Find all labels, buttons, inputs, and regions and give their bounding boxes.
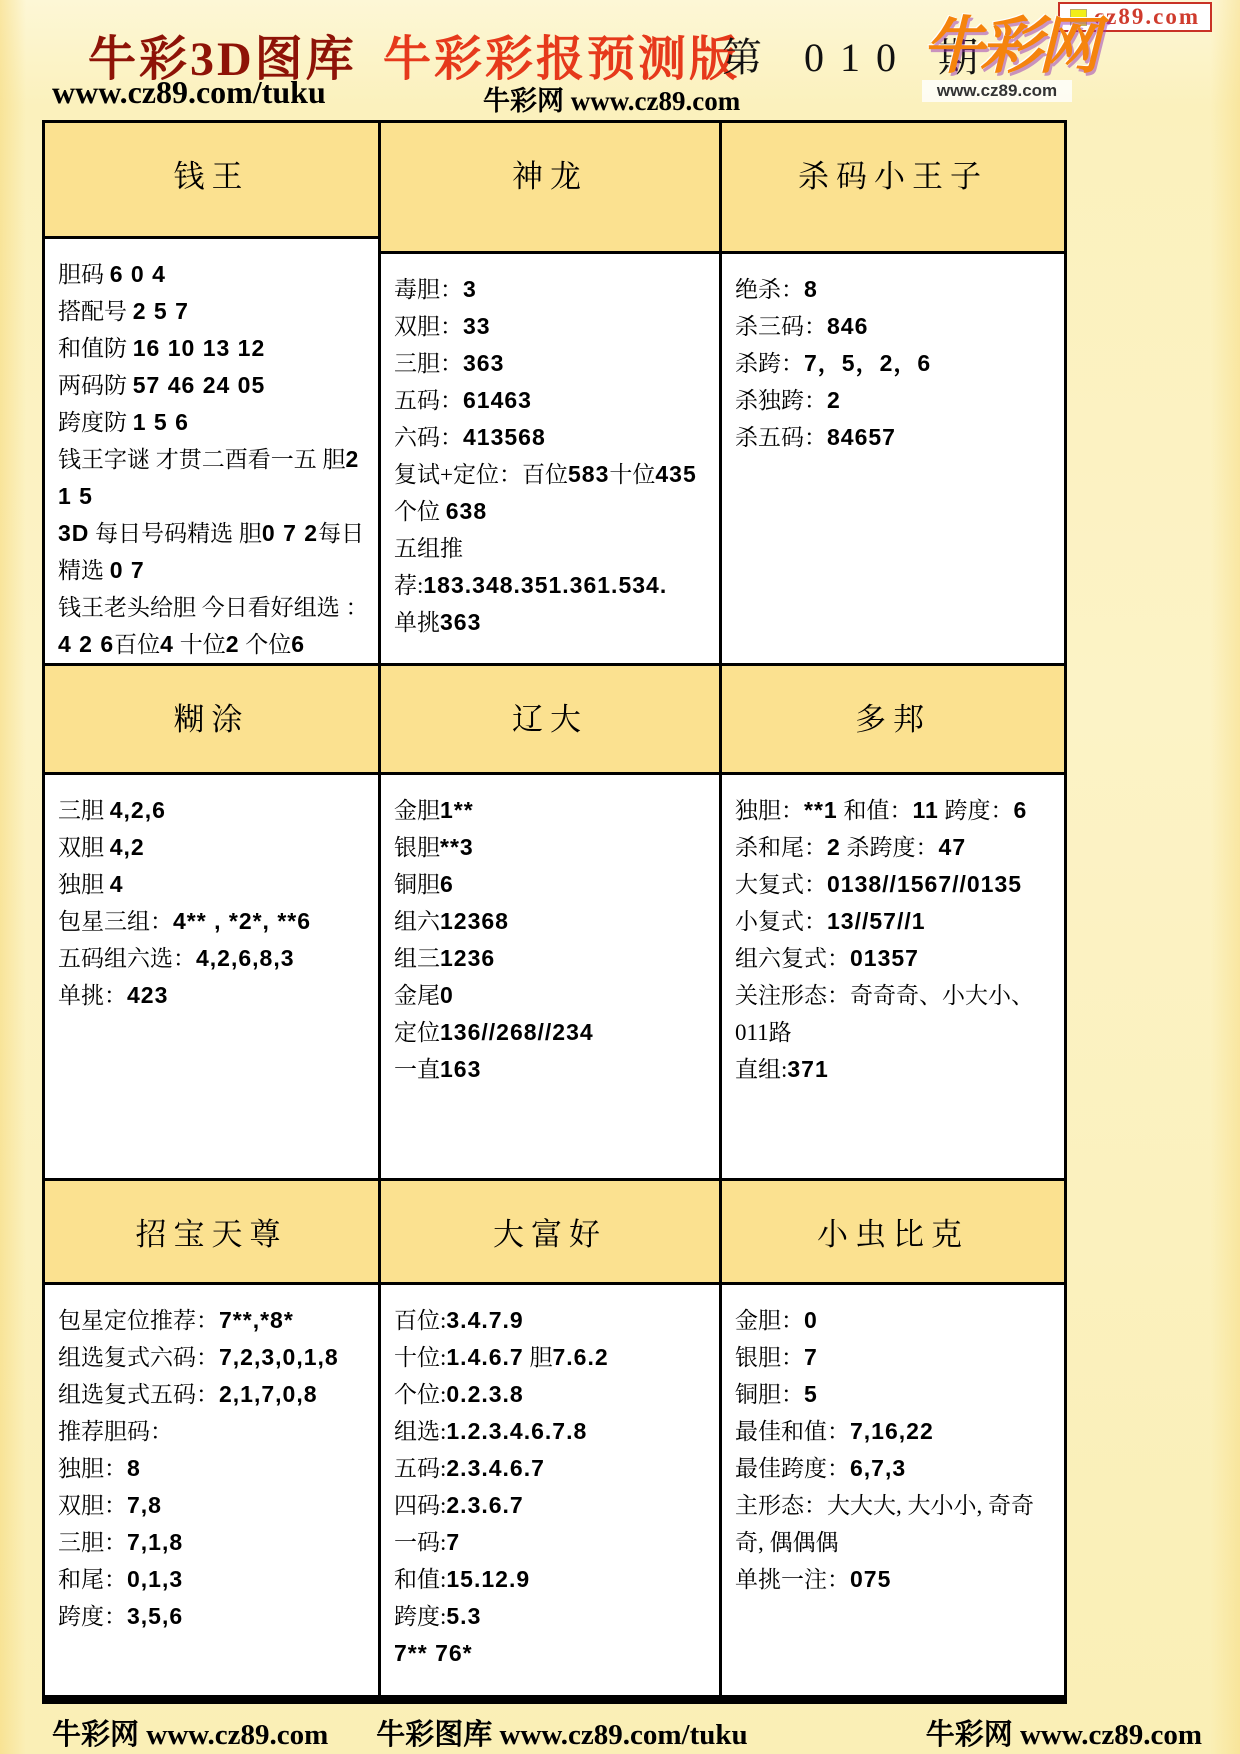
prediction-cell-zhaobao-tianzun: 招宝天尊包星定位推荐：7**,*8*组选复式六码：7,2,3,0,1,8组选复式… <box>45 1181 378 1695</box>
prediction-line: 单挑一注：075 <box>735 1561 1056 1598</box>
prediction-cell-xiaochong-bike: 小虫比克金胆：0银胆：7铜胆：5最佳和值：7,16,22最佳跨度：6,7,3主形… <box>722 1181 1064 1695</box>
prediction-value: 16 10 13 12 <box>133 335 266 361</box>
prediction-label: 每日号码精选 胆 <box>89 521 262 546</box>
prediction-label: 个位 <box>394 499 446 524</box>
prediction-line: 推荐胆码： <box>58 1413 370 1450</box>
prediction-line: 组选复式五码：2,1,7,0,8 <box>58 1376 370 1413</box>
prediction-line: 四码:2.3.6.7 <box>394 1487 711 1524</box>
prediction-line: 单挑363 <box>394 604 711 641</box>
prediction-line: 五码:2.3.4.6.7 <box>394 1450 711 1487</box>
prediction-line: 主形态：大大大, 大小小, 奇奇奇, 偶偶偶 <box>735 1487 1056 1561</box>
corner-site-link: cz89.com <box>1094 4 1200 30</box>
prediction-label: 杀跨度： <box>841 835 939 860</box>
prediction-label: 跨度： <box>939 798 1014 823</box>
prediction-value: 2.3.4.6.7 <box>446 1455 545 1481</box>
prediction-value: 0 7 <box>110 557 145 583</box>
prediction-label: 两码防 <box>58 373 133 398</box>
prediction-value: 163 <box>440 1056 481 1082</box>
prediction-label: 组六复式： <box>735 946 850 971</box>
prediction-label: 大复式： <box>735 872 827 897</box>
prediction-value: 423 <box>127 982 168 1008</box>
prediction-line: 独胆 4 <box>58 866 370 903</box>
prediction-label: 主形态：大大大, 大小小, 奇奇奇, 偶偶偶 <box>735 1493 1034 1555</box>
prediction-value: 846 <box>827 313 868 339</box>
prediction-label: 包星定位推荐： <box>58 1308 219 1333</box>
prediction-label: 和尾： <box>58 1567 127 1592</box>
cell-title-liaoda: 辽大 <box>381 666 719 775</box>
cell-body-zhaobao-tianzun: 包星定位推荐：7**,*8*组选复式六码：7,2,3,0,1,8组选复式五码：2… <box>45 1285 378 1635</box>
cell-body-liaoda: 金胆1**银胆**3铜胆6组六12368组三1236金尾0定位136//268/… <box>381 775 719 1088</box>
prediction-value: 183.348.351.361.534. <box>423 572 667 598</box>
prediction-value: 7,2,3,0,1,8 <box>219 1344 339 1370</box>
prediction-value: 4 2 6 <box>58 631 114 657</box>
prediction-line: 单挑：423 <box>58 977 370 1014</box>
prediction-label: 四码: <box>394 1493 446 1518</box>
prediction-label: 钱王字谜 才贯二酉看一五 胆 <box>58 447 346 472</box>
prediction-label: 组选复式六码： <box>58 1345 219 1370</box>
prediction-label: 百位: <box>394 1308 446 1333</box>
prediction-value: **3 <box>440 834 474 860</box>
prediction-value: 6 0 4 <box>110 261 166 287</box>
prediction-label: 胆 <box>524 1345 553 1370</box>
prediction-label: 单挑： <box>58 983 127 1008</box>
prediction-value: 0 <box>440 982 454 1008</box>
site-url: 牛彩网 www.cz89.com <box>483 79 740 118</box>
prediction-line: 小复式：13//57//1 <box>735 903 1056 940</box>
cell-body-shenlong: 毒胆：3双胆：33三胆：363五码：61463六码：413568复试+定位：百位… <box>381 254 719 641</box>
prediction-line: 定位136//268//234 <box>394 1014 711 1051</box>
prediction-value: 11 <box>912 797 938 823</box>
prediction-value: 363 <box>463 350 504 376</box>
prediction-value: 7 <box>804 1344 818 1370</box>
prediction-label: 百位 <box>114 632 160 657</box>
prediction-value: 0138//1567//0135 <box>827 871 1022 897</box>
prediction-label: 独胆 <box>58 872 110 897</box>
prediction-label: 金胆 <box>394 798 440 823</box>
prediction-value: 3 <box>463 276 477 302</box>
prediction-line: 铜胆：5 <box>735 1376 1056 1413</box>
prediction-cell-shama-xiaowangzi: 杀码小王子绝杀：8杀三码：846杀跨：7，5，2，6杀独跨：2杀五码：84657 <box>722 123 1064 663</box>
prediction-value: 583 <box>568 461 609 487</box>
prediction-label: 银胆： <box>735 1345 804 1370</box>
prediction-line: 十位:1.4.6.7 胆7.6.2 <box>394 1339 711 1376</box>
prediction-value: 33 <box>463 313 491 339</box>
prediction-line: 一直163 <box>394 1051 711 1088</box>
prediction-line: 跨度防 1 5 6 <box>58 404 370 441</box>
prediction-value: 0 7 2 <box>262 520 318 546</box>
prediction-label: 三胆： <box>58 1530 127 1555</box>
prediction-value: 6 <box>291 631 305 657</box>
prediction-label: 杀和尾： <box>735 835 827 860</box>
prediction-value: 4,2,6 <box>110 797 166 823</box>
prediction-line: 银胆**3 <box>394 829 711 866</box>
prediction-label: 绝杀： <box>735 277 804 302</box>
prediction-line: 钱王字谜 才贯二酉看一五 胆2 1 5 <box>58 441 370 515</box>
prediction-label: 单挑 <box>394 610 440 635</box>
prediction-label: 和值防 <box>58 336 133 361</box>
prediction-line: 组选:1.2.3.4.6.7.8 <box>394 1413 711 1450</box>
prediction-value: 4** , *2*, **6 <box>173 908 311 934</box>
prediction-label: 金胆： <box>735 1308 804 1333</box>
prediction-value: 0 <box>804 1307 818 1333</box>
prediction-value: 61463 <box>463 387 532 413</box>
prediction-label: 十位 <box>609 462 655 487</box>
prediction-line: 独胆：8 <box>58 1450 370 1487</box>
prediction-line: 铜胆6 <box>394 866 711 903</box>
prediction-line: 双胆 4,2 <box>58 829 370 866</box>
prediction-value: 4,2 <box>110 834 145 860</box>
prediction-line: 跨度:5.3 <box>394 1598 711 1635</box>
prediction-label: 推荐胆码： <box>58 1419 173 1444</box>
prediction-label: 组选: <box>394 1419 446 1444</box>
prediction-line: 独胆：**1 和值：11 跨度：6 杀和尾：2 杀跨度：47 <box>735 792 1056 866</box>
prediction-label: 和值: <box>394 1567 446 1592</box>
prediction-value: 1.2.3.4.6.7.8 <box>446 1418 587 1444</box>
footer: 牛彩网 www.cz89.com 牛彩图库 www.cz89.com/tuku … <box>52 1712 1202 1753</box>
prediction-value: 7,8 <box>127 1492 162 1518</box>
prediction-value: 1.4.6.7 <box>446 1344 523 1370</box>
cell-title-duobang: 多邦 <box>722 666 1064 775</box>
prediction-line: 最佳和值：7,16,22 <box>735 1413 1056 1450</box>
prediction-label: 一直 <box>394 1057 440 1082</box>
prediction-value: 2 <box>827 834 841 860</box>
prediction-label: 最佳和值： <box>735 1419 850 1444</box>
prediction-label: 双胆： <box>394 314 463 339</box>
prediction-label: 组三 <box>394 946 440 971</box>
prediction-line: 3D 每日号码精选 胆0 7 2每日精选 0 7 <box>58 515 370 589</box>
prediction-value: 075 <box>850 1566 891 1592</box>
prediction-label: 三胆： <box>394 351 463 376</box>
prediction-value: 13//57//1 <box>827 908 926 934</box>
prediction-value: 7**,*8* <box>219 1307 294 1333</box>
prediction-value: 6,7,3 <box>850 1455 906 1481</box>
prediction-label: 铜胆： <box>735 1382 804 1407</box>
prediction-line: 杀三码：846 <box>735 308 1056 345</box>
prediction-line: 一码:7 <box>394 1524 711 1561</box>
prediction-line: 五组推荐:183.348.351.361.534. <box>394 530 711 604</box>
cell-body-xiaochong-bike: 金胆：0银胆：7铜胆：5最佳和值：7,16,22最佳跨度：6,7,3主形态：大大… <box>722 1285 1064 1598</box>
prediction-line: 杀跨：7，5，2，6 <box>735 345 1056 382</box>
prediction-line: 绝杀：8 <box>735 271 1056 308</box>
prediction-label: 直组: <box>735 1057 787 1082</box>
prediction-label: 关注形态：奇奇奇、小大小、011路 <box>735 983 1034 1045</box>
prediction-label: 最佳跨度： <box>735 1456 850 1481</box>
prediction-label: 小复式： <box>735 909 827 934</box>
prediction-line: 和值防 16 10 13 12 <box>58 330 370 367</box>
footer-site-url2: 牛彩网 www.cz89.com <box>926 1712 1202 1753</box>
prediction-line: 杀五码：84657 <box>735 419 1056 456</box>
prediction-label: 五码组六选： <box>58 946 196 971</box>
prediction-label: 搭配号 <box>58 299 133 324</box>
prediction-label: 铜胆 <box>394 872 440 897</box>
prediction-value: 8 <box>127 1455 141 1481</box>
prediction-label: 杀独跨： <box>735 388 827 413</box>
prediction-label: 跨度： <box>58 1604 127 1629</box>
prediction-value: 371 <box>787 1056 828 1082</box>
prediction-line: 组选复式六码：7,2,3,0,1,8 <box>58 1339 370 1376</box>
prediction-grid: 钱王胆码 6 0 4搭配号 2 5 7和值防 16 10 13 12两码防 57… <box>42 120 1067 1704</box>
prediction-value: **1 <box>804 797 838 823</box>
prediction-value: 0.2.3.8 <box>446 1381 523 1407</box>
cell-body-duobang: 独胆：**1 和值：11 跨度：6 杀和尾：2 杀跨度：47大复式：0138//… <box>722 775 1064 1088</box>
prediction-line: 组三1236 <box>394 940 711 977</box>
prediction-value: 01357 <box>850 945 919 971</box>
prediction-label: 杀三码： <box>735 314 827 339</box>
prediction-line: 关注形态：奇奇奇、小大小、011路 <box>735 977 1056 1051</box>
prediction-cell-duobang: 多邦独胆：**1 和值：11 跨度：6 杀和尾：2 杀跨度：47大复式：0138… <box>722 666 1064 1178</box>
prediction-value: 4 <box>110 871 124 897</box>
cell-body-dafuhao: 百位:3.4.7.9十位:1.4.6.7 胆7.6.2个位:0.2.3.8组选:… <box>381 1285 719 1672</box>
prediction-line: 大复式：0138//1567//0135 <box>735 866 1056 903</box>
logo-url: www.cz89.com <box>922 80 1072 102</box>
prediction-label: 六码： <box>394 425 463 450</box>
prediction-value: 2,1,7,0,8 <box>219 1381 318 1407</box>
prediction-value: 7,16,22 <box>850 1418 934 1444</box>
prediction-value: 0,1,3 <box>127 1566 183 1592</box>
prediction-value: 57 46 24 05 <box>133 372 266 398</box>
prediction-line: 和尾：0,1,3 <box>58 1561 370 1598</box>
cell-body-hutu: 三胆 4,2,6双胆 4,2独胆 4包星三组：4** , *2*, **6五码组… <box>45 775 378 1014</box>
prediction-label: 复试+定位：百位 <box>394 462 568 487</box>
cell-title-zhaobao-tianzun: 招宝天尊 <box>45 1181 378 1285</box>
prediction-value: 5.3 <box>446 1603 481 1629</box>
prediction-value: 1** <box>440 797 474 823</box>
prediction-value: 413568 <box>463 424 546 450</box>
prediction-value: 47 <box>939 834 967 860</box>
prediction-label: 个位: <box>394 1382 446 1407</box>
prediction-cell-hutu: 糊涂三胆 4,2,6双胆 4,2独胆 4包星三组：4** , *2*, **6五… <box>45 666 378 1178</box>
prediction-value: 7** 76* <box>394 1640 473 1666</box>
footer-tuku-url: 牛彩图库 www.cz89.com/tuku <box>376 1712 747 1753</box>
prediction-value: 3,5,6 <box>127 1603 183 1629</box>
prediction-line: 两码防 57 46 24 05 <box>58 367 370 404</box>
prediction-label: 三胆 <box>58 798 110 823</box>
cell-body-shama-xiaowangzi: 绝杀：8杀三码：846杀跨：7，5，2，6杀独跨：2杀五码：84657 <box>722 254 1064 456</box>
prediction-label: 十位: <box>394 1345 446 1370</box>
prediction-label: 双胆 <box>58 835 110 860</box>
prediction-cell-shenlong: 神龙毒胆：3双胆：33三胆：363五码：61463六码：413568复试+定位：… <box>381 123 719 663</box>
prediction-value: 2 <box>827 387 841 413</box>
prediction-value: 136//268//234 <box>440 1019 594 1045</box>
prediction-line: 和值:15.12.9 <box>394 1561 711 1598</box>
prediction-value: 15.12.9 <box>446 1566 530 1592</box>
prediction-value: 5 <box>804 1381 818 1407</box>
prediction-label: 独胆： <box>735 798 804 823</box>
prediction-line: 杀独跨：2 <box>735 382 1056 419</box>
prediction-label: 一码: <box>394 1530 446 1555</box>
prediction-value: 4,2,6,8,3 <box>196 945 295 971</box>
prediction-label: 组选复式五码： <box>58 1382 219 1407</box>
prediction-line: 六码：413568 <box>394 419 711 456</box>
prediction-label: 个位 <box>240 632 292 657</box>
prediction-label: 杀五码： <box>735 425 827 450</box>
prediction-label: 杀跨： <box>735 351 804 376</box>
prediction-line: 复试+定位：百位583十位435个位 638 <box>394 456 711 530</box>
prediction-label: 银胆 <box>394 835 440 860</box>
prediction-value: 2 5 7 <box>133 298 189 324</box>
prediction-line: 组六复式：01357 <box>735 940 1056 977</box>
prediction-line: 搭配号 2 5 7 <box>58 293 370 330</box>
prediction-label: 毒胆： <box>394 277 463 302</box>
prediction-line: 金尾0 <box>394 977 711 1014</box>
prediction-label: 定位 <box>394 1020 440 1045</box>
prediction-line: 金胆：0 <box>735 1302 1056 1339</box>
prediction-line: 三胆：7,1,8 <box>58 1524 370 1561</box>
prediction-label: 和值： <box>838 798 913 823</box>
prediction-value: 7,1,8 <box>127 1529 183 1555</box>
prediction-line: 钱王老头给胆 今日看好组选 ：4 2 6百位4 十位2 个位6 <box>58 589 370 663</box>
cell-title-shenlong: 神龙 <box>381 123 719 254</box>
prediction-value: 7 <box>446 1529 460 1555</box>
prediction-line: 金胆1** <box>394 792 711 829</box>
prediction-value: 2.3.6.7 <box>446 1492 523 1518</box>
footer-site-url: 牛彩网 www.cz89.com <box>52 1712 328 1753</box>
prediction-label: 胆码 <box>58 262 110 287</box>
cell-body-qianwang: 胆码 6 0 4搭配号 2 5 7和值防 16 10 13 12两码防 57 4… <box>45 239 378 663</box>
prediction-line: 包星定位推荐：7**,*8* <box>58 1302 370 1339</box>
prediction-line: 五码组六选：4,2,6,8,3 <box>58 940 370 977</box>
prediction-label: 五码: <box>394 1456 446 1481</box>
niucai-logo: 牛彩网 www.cz89.com <box>922 16 1072 102</box>
prediction-cell-liaoda: 辽大金胆1**银胆**3铜胆6组六12368组三1236金尾0定位136//26… <box>381 666 719 1178</box>
cell-title-dafuhao: 大富好 <box>381 1181 719 1285</box>
prediction-label: 组六 <box>394 909 440 934</box>
prediction-line: 双胆：33 <box>394 308 711 345</box>
prediction-line: 百位:3.4.7.9 <box>394 1302 711 1339</box>
prediction-line: 跨度：3,5,6 <box>58 1598 370 1635</box>
prediction-label: 跨度防 <box>58 410 133 435</box>
prediction-line: 胆码 6 0 4 <box>58 256 370 293</box>
prediction-line: 组六12368 <box>394 903 711 940</box>
prediction-line: 三胆 4,2,6 <box>58 792 370 829</box>
prediction-label: 钱王老头给胆 今日看好组选 ： <box>58 595 369 620</box>
prediction-value: 638 <box>446 498 487 524</box>
prediction-line: 银胆：7 <box>735 1339 1056 1376</box>
prediction-label: 单挑一注： <box>735 1567 850 1592</box>
prediction-value: 2 <box>226 631 240 657</box>
prediction-value: 435 <box>655 461 696 487</box>
prediction-value: 7，5，2，6 <box>804 350 931 376</box>
prediction-line: 毒胆：3 <box>394 271 711 308</box>
prediction-value: 7.6.2 <box>552 1344 608 1370</box>
prediction-line: 三胆：363 <box>394 345 711 382</box>
prediction-line: 个位:0.2.3.8 <box>394 1376 711 1413</box>
prediction-value: 3.4.7.9 <box>446 1307 523 1333</box>
prediction-label: 包星三组： <box>58 909 173 934</box>
prediction-value: 84657 <box>827 424 896 450</box>
prediction-label: 跨度: <box>394 1604 446 1629</box>
cell-title-xiaochong-bike: 小虫比克 <box>722 1181 1064 1285</box>
cell-title-qianwang: 钱王 <box>45 123 378 239</box>
prediction-label: 五码： <box>394 388 463 413</box>
prediction-value: 1236 <box>440 945 495 971</box>
prediction-line: 最佳跨度：6,7,3 <box>735 1450 1056 1487</box>
prediction-value: 1 5 6 <box>133 409 189 435</box>
cell-title-hutu: 糊涂 <box>45 666 378 775</box>
prediction-value: 363 <box>440 609 481 635</box>
page: { "page": { "title_left": "牛彩3D图库", "tit… <box>0 0 1240 1754</box>
prediction-label: 独胆： <box>58 1456 127 1481</box>
prediction-label: 双胆： <box>58 1493 127 1518</box>
prediction-value: 8 <box>804 276 818 302</box>
prediction-line: 直组:371 <box>735 1051 1056 1088</box>
prediction-value: 4 <box>160 631 174 657</box>
prediction-label: 十位 <box>174 632 226 657</box>
prediction-cell-dafuhao: 大富好百位:3.4.7.9十位:1.4.6.7 胆7.6.2个位:0.2.3.8… <box>381 1181 719 1695</box>
prediction-value: 6 <box>1014 797 1028 823</box>
prediction-line: 五码：61463 <box>394 382 711 419</box>
prediction-line: 包星三组：4** , *2*, **6 <box>58 903 370 940</box>
prediction-label: 金尾 <box>394 983 440 1008</box>
tuku-url: www.cz89.com/tuku <box>52 74 326 111</box>
logo-wordmark: 牛彩网 <box>922 16 1072 78</box>
prediction-line: 双胆：7,8 <box>58 1487 370 1524</box>
cell-title-shama-xiaowangzi: 杀码小王子 <box>722 123 1064 254</box>
prediction-value: 6 <box>440 871 454 897</box>
prediction-cell-qianwang: 钱王胆码 6 0 4搭配号 2 5 7和值防 16 10 13 12两码防 57… <box>45 123 378 663</box>
prediction-line: 7** 76* <box>394 1635 711 1672</box>
prediction-value: 3D <box>58 520 89 546</box>
prediction-value: 12368 <box>440 908 509 934</box>
